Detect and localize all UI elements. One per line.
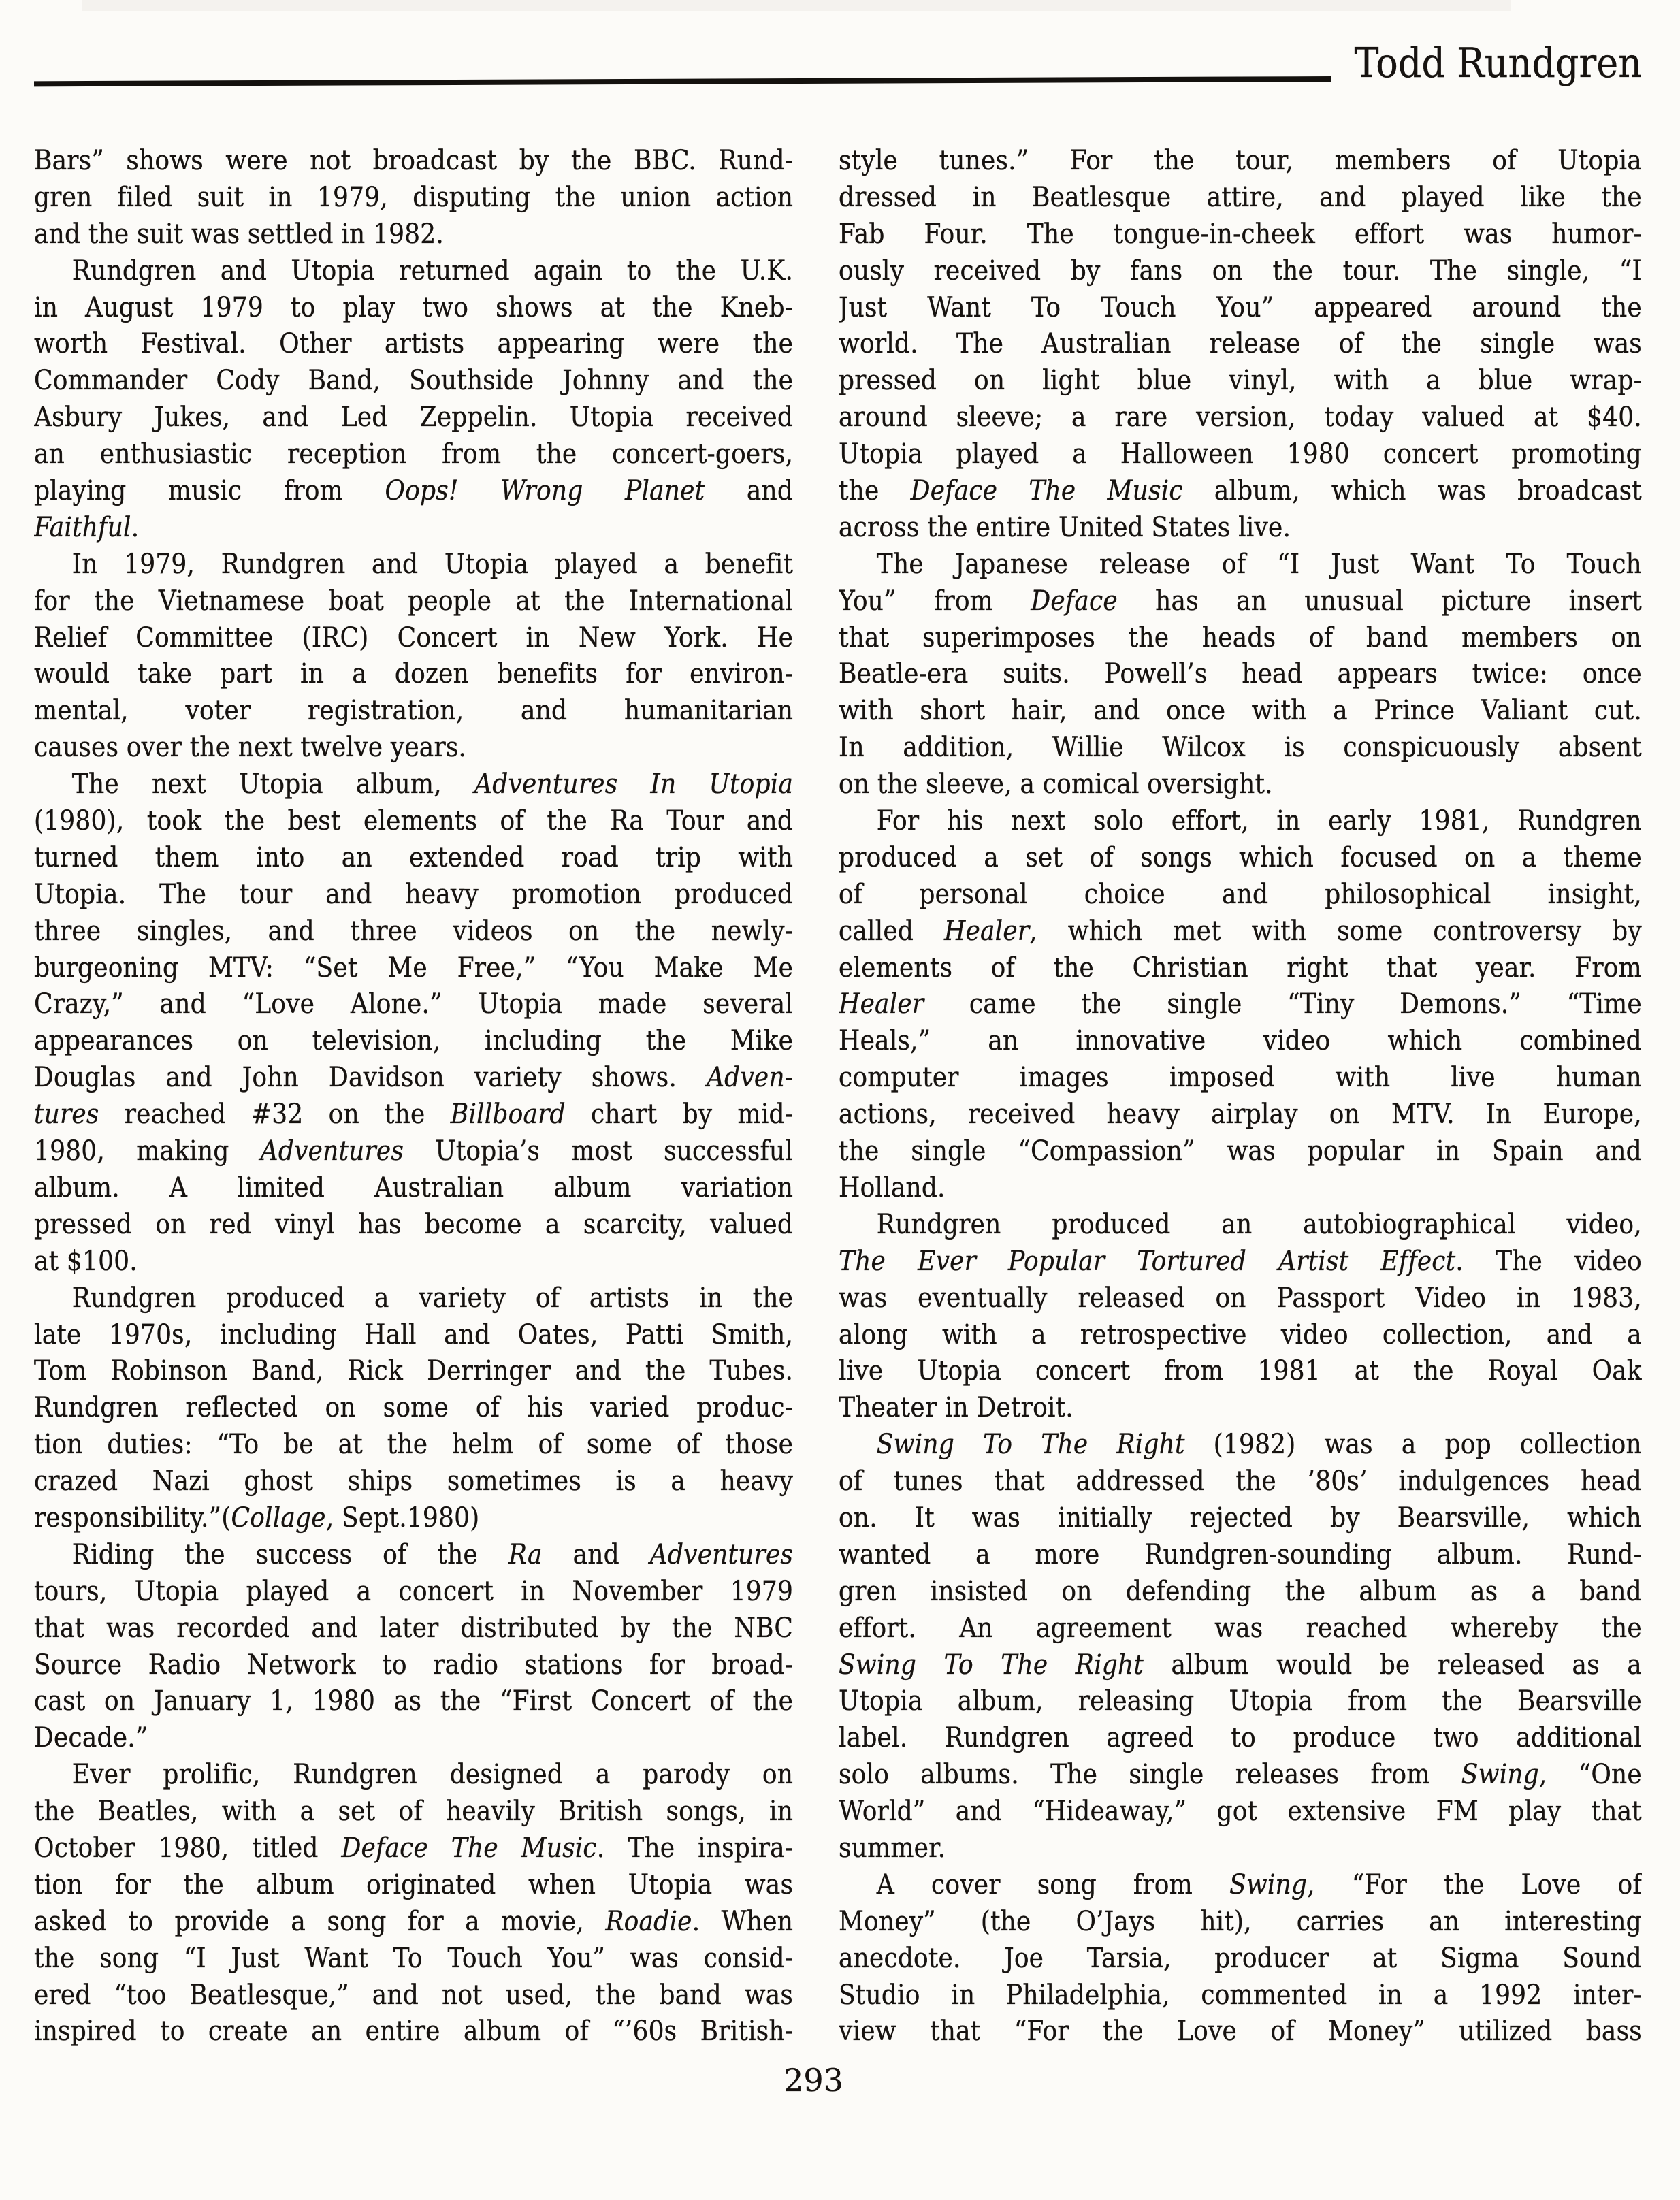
text-line: ously received by fans on the tour. The … <box>839 253 1642 290</box>
text-line: world. The Australian release of the sin… <box>839 326 1642 363</box>
text-line: Just Want To Touch You” appeared around … <box>839 290 1642 327</box>
text-run: turned them into an extended road trip w… <box>34 842 793 873</box>
text-run: an enthusiastic reception from the conce… <box>34 438 793 470</box>
text-run: . <box>131 512 140 543</box>
italic-text-run: Deface The Music <box>911 475 1183 506</box>
text-run: Bars” shows were not broadcast by the BB… <box>34 145 793 176</box>
text-line: ered “too Beatlesque,” and not used, the… <box>34 1977 793 2014</box>
text-run: Utopia. The tour and heavy promotion pro… <box>34 879 793 910</box>
text-run: computer images imposed with live human <box>839 1062 1642 1093</box>
text-run: Holland. <box>839 1172 946 1203</box>
text-run: asked to provide a song for a movie, <box>34 1906 605 1937</box>
text-line: tures reached #32 on the Billboard chart… <box>34 1097 793 1133</box>
text-line: responsibility.”(Collage, Sept.1980) <box>34 1500 793 1537</box>
text-run: Source Radio Network to radio stations f… <box>34 1649 793 1681</box>
text-run: 1980, making <box>34 1135 261 1167</box>
text-line: appearances on television, including the… <box>34 1023 793 1060</box>
text-run: Ever prolific, Rundgren designed a parod… <box>72 1759 793 1790</box>
text-run: dressed in Beatlesque attire, and played… <box>839 182 1642 213</box>
text-line: Beatle-era suits. Powell’s head appears … <box>839 656 1642 693</box>
text-line: and the suit was settled in 1982. <box>34 216 793 253</box>
text-run: appearances on television, including the… <box>34 1025 793 1056</box>
text-line: pressed on light blue vinyl, with a blue… <box>839 363 1642 400</box>
italic-text-run: Adven- <box>707 1062 793 1093</box>
text-run: came the single “Tiny Demons.” “Time <box>924 988 1642 1020</box>
text-run: ered “too Beatlesque,” and not used, the… <box>34 1979 793 2011</box>
text-run: October 1980, titled <box>34 1832 341 1864</box>
text-run: Just Want To Touch You” appeared around … <box>839 292 1642 323</box>
italic-text-run: Healer <box>944 916 1029 947</box>
text-run: three singles, and three videos on the n… <box>34 916 793 947</box>
text-run: Utopia played a Halloween 1980 concert p… <box>839 438 1642 470</box>
text-run: with short hair, and once with a Prince … <box>839 695 1642 726</box>
text-line: causes over the next twelve years. <box>34 730 793 766</box>
text-line: Decade.” <box>34 1720 793 1757</box>
text-run: album would be released as a <box>1144 1649 1642 1681</box>
text-line: Relief Committee (IRC) Concert in New Yo… <box>34 620 793 657</box>
text-run: , Sept.1980) <box>326 1502 480 1534</box>
text-run: Utopia album, releasing Utopia from the … <box>839 1685 1642 1717</box>
text-line: Riding the success of the Ra and Adventu… <box>34 1537 793 1574</box>
text-run: Relief Committee (IRC) Concert in New Yo… <box>34 622 793 653</box>
text-run: You” from <box>839 585 1031 617</box>
text-line: turned them into an extended road trip w… <box>34 840 793 877</box>
text-line: around sleeve; a rare version, today val… <box>839 400 1642 436</box>
text-run: Riding the success of the <box>72 1539 508 1570</box>
text-run: Douglas and John Davidson variety shows. <box>34 1062 707 1093</box>
text-run: . When <box>692 1906 794 1937</box>
text-run: chart by mid- <box>566 1099 793 1130</box>
text-run: actions, received heavy airplay on MTV. … <box>839 1099 1642 1130</box>
italic-text-run: Collage <box>231 1502 325 1534</box>
italic-text-run: Roadie <box>605 1906 692 1937</box>
text-line: of tunes that addressed the ’80s’ indulg… <box>839 1463 1642 1500</box>
text-run: called <box>839 916 944 947</box>
text-line: gren filed suit in 1979, disputing the u… <box>34 180 793 216</box>
text-run: album. A limited Australian album variat… <box>34 1172 793 1203</box>
text-line: playing music from Oops! Wrong Planet an… <box>34 473 793 510</box>
italic-text-run: Adventures <box>261 1135 404 1167</box>
text-run: In 1979, Rundgren and Utopia played a be… <box>72 549 793 580</box>
italic-text-run: The Ever Popular Tortured Artist Effect <box>839 1246 1455 1277</box>
text-line: Rundgren produced a variety of artists i… <box>34 1280 793 1317</box>
text-line: crazed Nazi ghost ships sometimes is a h… <box>34 1463 793 1500</box>
italic-text-run: Adventures <box>650 1539 793 1570</box>
text-run: gren insisted on defending the album as … <box>839 1576 1642 1607</box>
text-run: summer. <box>839 1832 946 1864</box>
text-line: Healer came the single “Tiny Demons.” “T… <box>839 986 1642 1023</box>
text-run: produced a set of songs which focused on… <box>839 842 1642 873</box>
text-run: burgeoning MTV: “Set Me Free,” “You Make… <box>34 952 793 984</box>
text-line: Asbury Jukes, and Led Zeppelin. Utopia r… <box>34 400 793 436</box>
text-line: the Beatles, with a set of heavily Briti… <box>34 1794 793 1830</box>
text-run: anecdote. Joe Tarsia, producer at Sigma … <box>839 1943 1642 1974</box>
text-run: on. It was initially rejected by Bearsvi… <box>839 1502 1642 1534</box>
text-run: mental, voter registration, and humanita… <box>34 695 793 726</box>
italic-text-run: Deface The Music <box>341 1832 596 1864</box>
text-run: has an unusual picture insert <box>1118 585 1642 617</box>
text-run: Rundgren produced a variety of artists i… <box>72 1282 793 1314</box>
text-line: Studio in Philadelphia, commented in a 1… <box>839 1977 1642 2014</box>
text-run: A cover song from <box>877 1869 1229 1900</box>
text-run: inspired to create an entire album of “’… <box>34 2016 793 2047</box>
text-line: anecdote. Joe Tarsia, producer at Sigma … <box>839 1941 1642 1977</box>
text-run: The Japanese release of “I Just Want To … <box>877 549 1642 580</box>
text-run: live Utopia concert from 1981 at the Roy… <box>839 1355 1642 1387</box>
italic-text-run: Adventures In Utopia <box>474 769 793 800</box>
italic-text-run: Healer <box>839 988 924 1020</box>
text-run: tours, Utopia played a concert in Novemb… <box>34 1576 793 1607</box>
text-line: of personal choice and philosophical ins… <box>839 877 1642 913</box>
text-line: (1980), took the best elements of the Ra… <box>34 803 793 840</box>
text-line: October 1980, titled Deface The Music. T… <box>34 1830 793 1867</box>
italic-text-run: Swing To The Right <box>839 1649 1144 1681</box>
text-run: tion for the album originated when Utopi… <box>34 1869 793 1900</box>
text-run: on the sleeve, a comical oversight. <box>839 769 1273 800</box>
text-line: Utopia played a Halloween 1980 concert p… <box>839 436 1642 473</box>
text-line: tion duties: “To be at the helm of some … <box>34 1427 793 1463</box>
text-line: live Utopia concert from 1981 at the Roy… <box>839 1353 1642 1390</box>
text-line: solo albums. The single releases from Sw… <box>839 1757 1642 1794</box>
text-run: , “One <box>1539 1759 1642 1790</box>
text-line: Fab Four. The tongue-in-cheek effort was… <box>839 216 1642 253</box>
left-column: Bars” shows were not broadcast by the BB… <box>34 143 793 2050</box>
text-line: was eventually released on Passport Vide… <box>839 1280 1642 1317</box>
text-run: was eventually released on Passport Vide… <box>839 1282 1642 1314</box>
text-line: Bars” shows were not broadcast by the BB… <box>34 143 793 180</box>
italic-text-run: Deface <box>1031 585 1118 617</box>
text-line: tours, Utopia played a concert in Novemb… <box>34 1574 793 1611</box>
text-run: wanted a more Rundgren-sounding album. R… <box>839 1539 1642 1570</box>
text-line: In 1979, Rundgren and Utopia played a be… <box>34 547 793 583</box>
text-run: of personal choice and philosophical ins… <box>839 879 1642 910</box>
text-run: Fab Four. The tongue-in-cheek effort was… <box>839 219 1642 250</box>
text-run: Asbury Jukes, and Led Zeppelin. Utopia r… <box>34 402 793 433</box>
text-line: the single “Compassion” was popular in S… <box>839 1133 1642 1170</box>
text-line: along with a retrospective video collect… <box>839 1317 1642 1354</box>
text-run: Commander Cody Band, Southside Johnny an… <box>34 365 793 396</box>
text-run: (1982) was a pop collection <box>1185 1429 1642 1460</box>
text-line: tion for the album originated when Utopi… <box>34 1867 793 1904</box>
text-line: effort. An agreement was reached whereby… <box>839 1611 1642 1647</box>
text-line: at $100. <box>34 1244 793 1280</box>
text-line: wanted a more Rundgren-sounding album. R… <box>839 1537 1642 1574</box>
text-run: gren filed suit in 1979, disputing the u… <box>34 182 793 213</box>
text-run: reached #32 on the <box>99 1099 451 1130</box>
text-run: , “For the Love of <box>1307 1869 1642 1900</box>
text-line: worth Festival. Other artists appearing … <box>34 326 793 363</box>
text-run: the song “I Just Want To Touch You” was … <box>34 1943 793 1974</box>
text-run: across the entire United States live. <box>839 512 1291 543</box>
text-run: Money” (the O’Jays hit), carries an inte… <box>839 1906 1642 1937</box>
text-run: The next Utopia album, <box>72 769 474 800</box>
text-run: solo albums. The single releases from <box>839 1759 1461 1790</box>
text-run: Utopia’s most successful <box>404 1135 793 1167</box>
text-line: For his next solo effort, in early 1981,… <box>839 803 1642 840</box>
text-line: produced a set of songs which focused on… <box>839 840 1642 877</box>
header-rule <box>34 76 1331 86</box>
text-run: Beatle-era suits. Powell’s head appears … <box>839 658 1642 690</box>
text-line: album. A limited Australian album variat… <box>34 1170 793 1207</box>
text-run: Studio in Philadelphia, commented in a 1… <box>839 1979 1642 2011</box>
text-line: World” and “Hideaway,” got extensive FM … <box>839 1794 1642 1830</box>
text-line: 1980, making Adventures Utopia’s most su… <box>34 1133 793 1170</box>
italic-text-run: Billboard <box>451 1099 566 1130</box>
text-run: around sleeve; a rare version, today val… <box>839 402 1642 433</box>
text-line: Utopia. The tour and heavy promotion pro… <box>34 877 793 913</box>
text-run: causes over the next twelve years. <box>34 732 466 763</box>
text-line: Rundgren reflected on some of his varied… <box>34 1390 793 1427</box>
text-run: Crazy,” and “Love Alone.” Utopia made se… <box>34 988 793 1020</box>
italic-text-run: Swing <box>1229 1869 1307 1900</box>
text-line: computer images imposed with live human <box>839 1060 1642 1097</box>
text-run: . The inspira- <box>597 1832 793 1864</box>
italic-text-run: Oops! Wrong Planet <box>385 475 705 506</box>
text-run: World” and “Hideaway,” got extensive FM … <box>839 1796 1642 1827</box>
text-line: late 1970s, including Hall and Oates, Pa… <box>34 1317 793 1354</box>
text-run: In addition, Willie Wilcox is conspicuou… <box>839 732 1642 763</box>
text-run: album, which was broadcast <box>1183 475 1642 506</box>
text-line: view that “For the Love of Money” utiliz… <box>839 2013 1642 2050</box>
text-line: would take part in a dozen benefits for … <box>34 656 793 693</box>
text-line: Utopia album, releasing Utopia from the … <box>839 1683 1642 1720</box>
text-line: called Healer, which met with some contr… <box>839 913 1642 950</box>
text-line: dressed in Beatlesque attire, and played… <box>839 180 1642 216</box>
scan-edge-artifact <box>82 0 1511 11</box>
text-run: effort. An agreement was reached whereby… <box>839 1613 1642 1644</box>
text-line: label. Rundgren agreed to produce two ad… <box>839 1720 1642 1757</box>
text-run: Tom Robinson Band, Rick Derringer and th… <box>34 1355 793 1387</box>
text-run: and <box>705 475 793 506</box>
text-run: For his next solo effort, in early 1981,… <box>877 805 1642 837</box>
text-line: The Japanese release of “I Just Want To … <box>839 547 1642 583</box>
text-run: late 1970s, including Hall and Oates, Pa… <box>34 1319 793 1350</box>
text-line: for the Vietnamese boat people at the In… <box>34 583 793 620</box>
page-title: Todd Rundgren <box>1206 38 1642 88</box>
text-run: worth Festival. Other artists appearing … <box>34 328 793 359</box>
italic-text-run: Swing <box>1461 1759 1539 1790</box>
text-run: along with a retrospective video collect… <box>839 1319 1642 1350</box>
text-line: three singles, and three videos on the n… <box>34 913 793 950</box>
text-line: A cover song from Swing, “For the Love o… <box>839 1867 1642 1904</box>
text-run: Theater in Detroit. <box>839 1392 1073 1423</box>
text-run: of tunes that addressed the ’80s’ indulg… <box>839 1466 1642 1497</box>
text-line: that superimposes the heads of band memb… <box>839 620 1642 657</box>
text-run: that was recorded and later distributed … <box>34 1613 793 1644</box>
text-run: at $100. <box>34 1246 138 1277</box>
text-line: Swing To The Right (1982) was a pop coll… <box>839 1427 1642 1463</box>
text-line: summer. <box>839 1830 1642 1867</box>
book-page: Todd Rundgren Bars” shows were not broad… <box>0 0 1680 2200</box>
text-run: cast on January 1, 1980 as the “First Co… <box>34 1685 793 1717</box>
text-line: in August 1979 to play two shows at the … <box>34 290 793 327</box>
text-run: pressed on red vinyl has become a scarci… <box>34 1209 793 1240</box>
text-run: Rundgren produced an autobiographical vi… <box>877 1209 1642 1240</box>
text-line: elements of the Christian right that yea… <box>839 950 1642 987</box>
text-line: style tunes.” For the tour, members of U… <box>839 143 1642 180</box>
text-line: an enthusiastic reception from the conce… <box>34 436 793 473</box>
text-line: mental, voter registration, and humanita… <box>34 693 793 730</box>
text-run: and the suit was settled in 1982. <box>34 219 444 250</box>
text-line: Rundgren produced an autobiographical vi… <box>839 1207 1642 1244</box>
text-run: crazed Nazi ghost ships sometimes is a h… <box>34 1466 793 1497</box>
text-run: . The video <box>1455 1246 1642 1277</box>
text-line: Faithful. <box>34 510 793 547</box>
text-line: gren insisted on defending the album as … <box>839 1574 1642 1611</box>
text-run: that superimposes the heads of band memb… <box>839 622 1642 653</box>
text-run: view that “For the Love of Money” utiliz… <box>839 2016 1642 2047</box>
text-run: Heals,” an innovative video which combin… <box>839 1025 1642 1056</box>
text-line: In addition, Willie Wilcox is conspicuou… <box>839 730 1642 766</box>
text-line: across the entire United States live. <box>839 510 1642 547</box>
text-line: inspired to create an entire album of “’… <box>34 2013 793 2050</box>
text-run: the Beatles, with a set of heavily Briti… <box>34 1796 793 1827</box>
right-column: style tunes.” For the tour, members of U… <box>839 143 1642 2050</box>
text-line: Swing To The Right album would be releas… <box>839 1647 1642 1684</box>
text-run: the single “Compassion” was popular in S… <box>839 1135 1642 1167</box>
text-run: elements of the Christian right that yea… <box>839 952 1642 984</box>
text-run: the <box>839 475 911 506</box>
text-line: actions, received heavy airplay on MTV. … <box>839 1097 1642 1133</box>
text-line: Rundgren and Utopia returned again to th… <box>34 253 793 290</box>
text-run: in August 1979 to play two shows at the … <box>34 292 793 323</box>
italic-text-run: Swing To The Right <box>877 1429 1185 1460</box>
text-run: tion duties: “To be at the helm of some … <box>34 1429 793 1460</box>
italic-text-run: Ra <box>508 1539 543 1570</box>
text-run: Rundgren reflected on some of his varied… <box>34 1392 793 1423</box>
text-line: Theater in Detroit. <box>839 1390 1642 1427</box>
text-line: pressed on red vinyl has become a scarci… <box>34 1207 793 1244</box>
text-line: The next Utopia album, Adventures In Uto… <box>34 766 793 803</box>
text-line: the song “I Just Want To Touch You” was … <box>34 1941 793 1977</box>
text-line: Ever prolific, Rundgren designed a parod… <box>34 1757 793 1794</box>
text-run: and <box>543 1539 650 1570</box>
italic-text-run: Faithful <box>34 512 131 543</box>
text-line: cast on January 1, 1980 as the “First Co… <box>34 1683 793 1720</box>
text-line: Source Radio Network to radio stations f… <box>34 1647 793 1684</box>
text-run: , which met with some controversy by <box>1029 916 1642 947</box>
text-run: Decade.” <box>34 1722 148 1753</box>
text-line: The Ever Popular Tortured Artist Effect.… <box>839 1244 1642 1280</box>
text-line: Heals,” an innovative video which combin… <box>839 1023 1642 1060</box>
text-run: style tunes.” For the tour, members of U… <box>839 145 1642 176</box>
text-line: Tom Robinson Band, Rick Derringer and th… <box>34 1353 793 1390</box>
text-run: Rundgren and Utopia returned again to th… <box>72 255 793 287</box>
text-run: responsibility.”( <box>34 1502 231 1534</box>
text-line: on. It was initially rejected by Bearsvi… <box>839 1500 1642 1537</box>
text-line: burgeoning MTV: “Set Me Free,” “You Make… <box>34 950 793 987</box>
text-run: world. The Australian release of the sin… <box>839 328 1642 359</box>
text-run: (1980), took the best elements of the Ra… <box>34 805 793 837</box>
text-run: label. Rundgren agreed to produce two ad… <box>839 1722 1642 1753</box>
text-line: Money” (the O’Jays hit), carries an inte… <box>839 1904 1642 1941</box>
text-run: playing music from <box>34 475 385 506</box>
italic-text-run: tures <box>34 1099 99 1130</box>
text-run: pressed on light blue vinyl, with a blue… <box>839 365 1642 396</box>
text-line: on the sleeve, a comical oversight. <box>839 766 1642 803</box>
text-line: Holland. <box>839 1170 1642 1207</box>
text-line: that was recorded and later distributed … <box>34 1611 793 1647</box>
text-line: asked to provide a song for a movie, Roa… <box>34 1904 793 1941</box>
page-number: 293 <box>0 2060 1627 2101</box>
text-line: with short hair, and once with a Prince … <box>839 693 1642 730</box>
text-line: Commander Cody Band, Southside Johnny an… <box>34 363 793 400</box>
text-run: ously received by fans on the tour. The … <box>839 255 1642 287</box>
text-run: for the Vietnamese boat people at the In… <box>34 585 793 617</box>
text-line: Douglas and John Davidson variety shows.… <box>34 1060 793 1097</box>
text-run: would take part in a dozen benefits for … <box>34 658 793 690</box>
text-line: Crazy,” and “Love Alone.” Utopia made se… <box>34 986 793 1023</box>
text-line: You” from Deface has an unusual picture … <box>839 583 1642 620</box>
text-line: the Deface The Music album, which was br… <box>839 473 1642 510</box>
